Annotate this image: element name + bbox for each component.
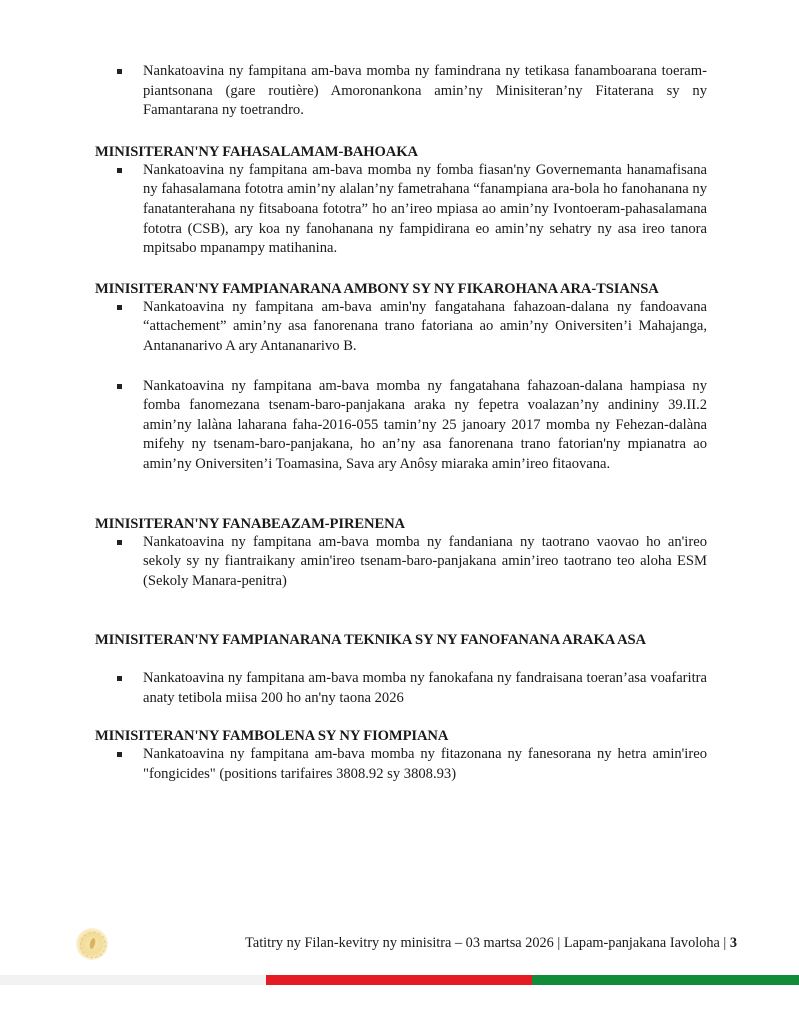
section-national-education: MINISITERAN'NY FANABEAZAM-PIRENENA Nanka… [95,515,707,592]
page-number: 3 [730,935,737,951]
footer-bar-gray [0,975,266,985]
page-footer: Tatitry ny Filan-kevitry ny minisitra – … [245,934,737,952]
document-body: Nankatoavina ny fampitana am-bava momba … [95,62,707,785]
section-heading: MINISITERAN'NY FAMBOLENA SY NY FIOMPIANA [95,727,707,745]
section-higher-education: MINISITERAN'NY FAMPIANARANA AMBONY SY NY… [95,280,707,475]
list-item: Nankatoavina ny fampitana am-bava momba … [95,161,707,259]
footer-bar-red [266,975,532,985]
bullet-icon [117,676,122,681]
footer-bar-green [532,975,799,985]
list-item: Nankatoavina ny fampitana am-bava momba … [95,377,707,475]
bullet-icon [117,540,122,545]
bullet-icon [117,384,122,389]
item-text: Nankatoavina ny fampitana am-bava momba … [143,162,707,256]
item-text: Nankatoavina ny fampitana am-bava momba … [143,378,707,472]
item-text: Nankatoavina ny fampitana am-bava momba … [143,670,707,706]
section-heading: MINISITERAN'NY FAMPIANARANA TEKNIKA SY N… [95,631,707,649]
bullet-icon [117,752,122,757]
list-item: Nankatoavina ny fampitana am-bava amin'n… [95,298,707,357]
list-item: Nankatoavina ny fampitana am-bava momba … [95,745,707,784]
section-heading: MINISITERAN'NY FAMPIANARANA AMBONY SY NY… [95,280,707,298]
item-text: Nankatoavina ny fampitana am-bava amin'n… [143,299,707,354]
section-agriculture: MINISITERAN'NY FAMBOLENA SY NY FIOMPIANA… [95,727,707,784]
emblem-sun-logo-icon [76,928,108,960]
section-transport: Nankatoavina ny fampitana am-bava momba … [95,62,707,121]
item-list: Nankatoavina ny fampitana am-bava momba … [95,669,707,708]
section-health: MINISITERAN'NY FAHASALAMAM-BAHOAKA Nanka… [95,143,707,259]
section-heading: MINISITERAN'NY FAHASALAMAM-BAHOAKA [95,143,707,161]
item-text: Nankatoavina ny fampitana am-bava momba … [143,746,707,782]
bullet-icon [117,69,122,74]
item-list: Nankatoavina ny fampitana am-bava amin'n… [95,298,707,475]
list-item: Nankatoavina ny fampitana am-bava momba … [95,669,707,708]
section-technical-education: MINISITERAN'NY FAMPIANARANA TEKNIKA SY N… [95,631,707,708]
bullet-icon [117,305,122,310]
item-text: Nankatoavina ny fampitana am-bava momba … [143,63,707,118]
item-text: Nankatoavina ny fampitana am-bava momba … [143,534,707,589]
list-item: Nankatoavina ny fampitana am-bava momba … [95,533,707,592]
footer-text: Tatitry ny Filan-kevitry ny minisitra – … [245,935,730,951]
bullet-icon [117,168,122,173]
section-heading: MINISITERAN'NY FANABEAZAM-PIRENENA [95,515,707,533]
item-list: Nankatoavina ny fampitana am-bava momba … [95,533,707,592]
item-list: Nankatoavina ny fampitana am-bava momba … [95,745,707,784]
item-list: Nankatoavina ny fampitana am-bava momba … [95,161,707,259]
item-list: Nankatoavina ny fampitana am-bava momba … [95,62,707,121]
list-item: Nankatoavina ny fampitana am-bava momba … [95,62,707,121]
